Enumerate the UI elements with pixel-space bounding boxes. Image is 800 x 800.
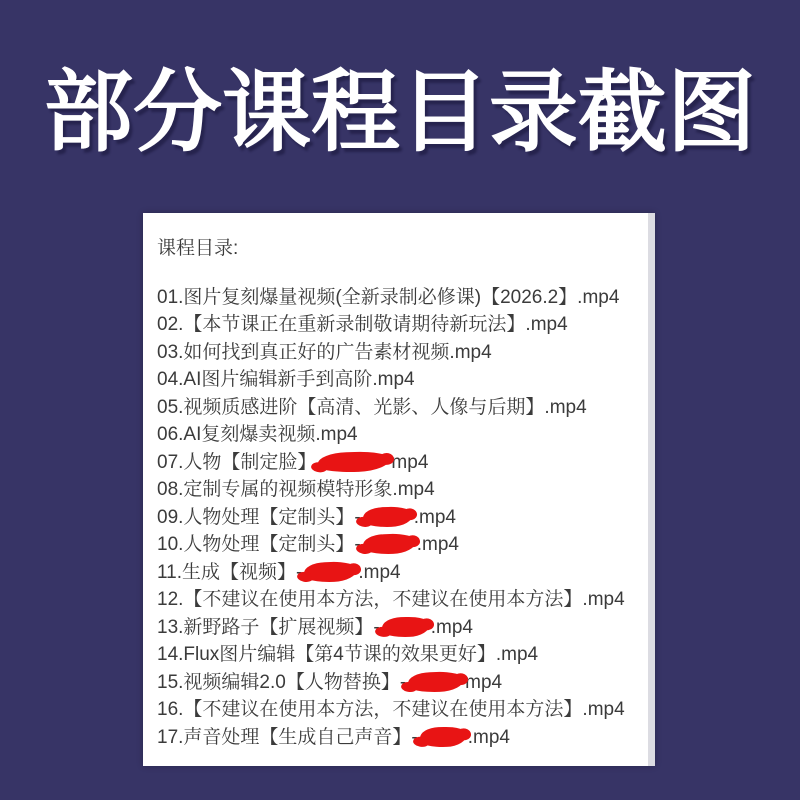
course-item-suffix: .mp4 <box>414 507 456 528</box>
course-item-suffix: mp4 <box>465 672 502 693</box>
course-item-text: 03.如何找到真正好的广告素材视频.mp4 <box>157 342 492 363</box>
course-item-text: 10.人物处理【定制头】- <box>157 534 361 555</box>
course-list-item: 04.AI图片编辑新手到高阶.mp4 <box>157 366 645 394</box>
course-item-text: 07.人物【制定脸】 <box>157 452 316 473</box>
course-list-item: 08.定制专属的视频模特形象.mp4 <box>157 476 645 504</box>
course-item-text: 06.AI复刻爆卖视频.mp4 <box>157 424 358 445</box>
course-list-item: 15.视频编辑2.0【人物替换】-mp4 <box>157 669 645 697</box>
course-list-item: 14.Flux图片编辑【第4节课的效果更好】.mp4 <box>157 641 645 669</box>
course-list-item: 13.新野路子【扩展视频】-.mp4 <box>157 614 645 642</box>
redaction-scribble <box>362 506 413 528</box>
course-item-text: 04.AI图片编辑新手到高阶.mp4 <box>157 369 415 390</box>
course-item-suffix: mp4 <box>391 452 428 473</box>
redaction-scribble <box>408 671 465 693</box>
course-list-item: 12.【不建议在使用本方法，不建议在使用本方法】.mp4 <box>157 586 645 614</box>
course-item-text: 05.视频质感进阶【高清、光影、人像与后期】.mp4 <box>157 397 587 418</box>
redaction-scribble <box>318 450 391 473</box>
course-item-text: 17.声音处理【生成自己声音】- <box>157 727 418 748</box>
course-list-item: 06.AI复刻爆卖视频.mp4 <box>157 421 645 449</box>
course-item-suffix: .mp4 <box>468 727 510 748</box>
page-title: 部分课程目录截图 <box>0 42 800 169</box>
course-list-item: 17.声音处理【生成自己声音】-.mp4 <box>157 724 645 752</box>
course-item-text: 01.图片复刻爆量视频(全新录制必修课)【2026.2】.mp4 <box>157 287 619 308</box>
course-list-item: 05.视频质感进阶【高清、光影、人像与后期】.mp4 <box>157 394 645 422</box>
course-list-item: 16.【不建议在使用本方法，不建议在使用本方法】.mp4 <box>157 696 645 724</box>
course-item-text: 12.【不建议在使用本方法，不建议在使用本方法】.mp4 <box>157 589 625 610</box>
redaction-scribble <box>304 561 358 583</box>
course-directory-heading: 课程目录: <box>157 235 645 263</box>
course-item-text: 08.定制专属的视频模特形象.mp4 <box>157 479 435 500</box>
course-list-item: 11.生成【视频】-.mp4 <box>157 559 645 587</box>
course-item-text: 16.【不建议在使用本方法，不建议在使用本方法】.mp4 <box>157 699 625 720</box>
course-list-item: 10.人物处理【定制头】-.mp4 <box>157 531 645 559</box>
redaction-scribble <box>419 726 467 748</box>
course-item-suffix: .mp4 <box>431 617 473 638</box>
course-item-suffix: .mp4 <box>417 534 459 555</box>
course-list-item: 07.人物【制定脸】mp4 <box>157 449 645 477</box>
course-item-text: 15.视频编辑2.0【人物替换】- <box>157 672 406 693</box>
redaction-scribble <box>362 533 416 555</box>
course-item-text: 11.生成【视频】- <box>157 562 302 583</box>
course-list: 01.图片复刻爆量视频(全新录制必修课)【2026.2】.mp402.【本节课正… <box>157 284 645 752</box>
course-list-item: 09.人物处理【定制头】-.mp4 <box>157 504 645 532</box>
redaction-scribble <box>381 616 430 638</box>
course-list-item: 03.如何找到真正好的广告素材视频.mp4 <box>157 339 645 367</box>
course-item-suffix: .mp4 <box>358 562 400 583</box>
course-item-text: 02.【本节课正在重新录制敬请期待新玩法】.mp4 <box>157 314 568 335</box>
course-item-text: 14.Flux图片编辑【第4节课的效果更好】.mp4 <box>157 644 538 665</box>
course-item-text: 13.新野路子【扩展视频】- <box>157 617 380 638</box>
course-list-item: 02.【本节课正在重新录制敬请期待新玩法】.mp4 <box>157 311 645 339</box>
course-list-item: 01.图片复刻爆量视频(全新录制必修课)【2026.2】.mp4 <box>157 284 645 312</box>
course-directory-panel: 课程目录: 01.图片复刻爆量视频(全新录制必修课)【2026.2】.mp402… <box>143 213 655 766</box>
course-item-text: 09.人物处理【定制头】- <box>157 507 361 528</box>
